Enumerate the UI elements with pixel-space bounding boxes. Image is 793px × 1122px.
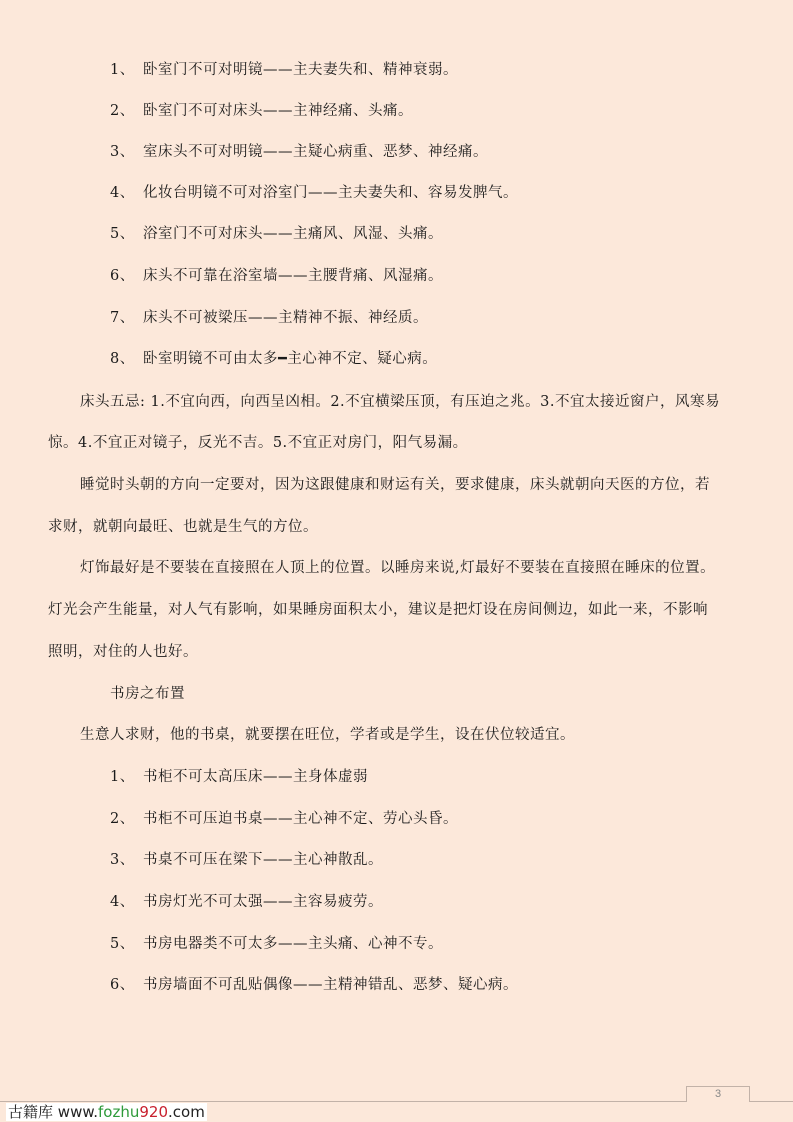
url-prefix: www.	[58, 1103, 98, 1121]
list-number: 4、	[110, 183, 143, 203]
list-number: 7、	[110, 308, 143, 328]
list-text: 卧室门不可对明镜——主夫妻失和、精神衰弱。	[143, 62, 458, 78]
list-item: 8、卧室明镜不可由太多━主心神不定、疑心病。	[110, 349, 437, 369]
list-item: 7、床头不可被梁压——主精神不振、神经质。	[110, 308, 428, 328]
paragraph-line: 惊。4.不宜正对镜子，反光不吉。5.不宜正对房门，阳气易漏。	[48, 433, 468, 453]
list-text: 室床头不可对明镜——主疑心病重、恶梦、神经痛。	[143, 144, 488, 160]
list-number: 5、	[110, 224, 143, 244]
page-number: 3	[686, 1086, 750, 1102]
list-text: 书柜不可压迫书桌——主心神不定、劳心头昏。	[143, 811, 458, 827]
list-number: 6、	[110, 975, 143, 995]
list-item: 3、书桌不可压在梁下——主心神散乱。	[110, 850, 383, 870]
watermark[interactable]: 古籍库 www.fozhu920.com	[6, 1103, 207, 1121]
list-text: 化妆台明镜不可对浴室门——主夫妻失和、容易发脾气。	[143, 185, 518, 201]
list-number: 2、	[110, 101, 143, 121]
section-intro: 生意人求财，他的书桌，就要摆在旺位，学者或是学生，设在伏位较适宜。	[80, 725, 575, 745]
list-item: 4、书房灯光不可太强——主容易疲劳。	[110, 892, 383, 912]
list-item: 2、书柜不可压迫书桌——主心神不定、劳心头昏。	[110, 809, 458, 829]
url-suffix: .com	[168, 1103, 205, 1121]
list-item: 5、浴室门不可对床头——主痛风、风湿、头痛。	[110, 224, 443, 244]
list-number: 4、	[110, 892, 143, 912]
paragraph-line: 睡觉时头朝的方向一定要对，因为这跟健康和财运有关，要求健康，床头就朝向天医的方位…	[80, 475, 710, 495]
list-text: 书桌不可压在梁下——主心神散乱。	[143, 852, 383, 868]
list-text: 书柜不可太高压床——主身体虚弱	[143, 769, 368, 785]
list-item: 1、书柜不可太高压床——主身体虚弱	[110, 767, 368, 787]
paragraph-line: 床头五忌: 1.不宜向西，向西呈凶相。2.不宜横梁压顶，有压迫之兆。3.不宜太接…	[80, 392, 720, 412]
list-item: 5、书房电器类不可太多——主头痛、心神不专。	[110, 934, 443, 954]
list-text: 床头不可靠在浴室墙——主腰背痛、风湿痛。	[143, 268, 443, 284]
section-heading: 书房之布置	[110, 684, 185, 704]
list-text: 书房电器类不可太多——主头痛、心神不专。	[143, 936, 443, 952]
list-number: 1、	[110, 767, 143, 787]
list-number: 3、	[110, 850, 143, 870]
list-number: 8、	[110, 349, 143, 369]
list-number: 5、	[110, 934, 143, 954]
list-text: 卧室明镜不可由太多━主心神不定、疑心病。	[143, 351, 437, 367]
list-item: 2、卧室门不可对床头——主神经痛、头痛。	[110, 101, 413, 121]
list-text: 床头不可被梁压——主精神不振、神经质。	[143, 310, 428, 326]
watermark-url[interactable]: www.fozhu920.com	[58, 1103, 205, 1121]
list-text: 浴室门不可对床头——主痛风、风湿、头痛。	[143, 226, 443, 242]
list-number: 6、	[110, 266, 143, 286]
paragraph-line: 照明，对住的人也好。	[48, 642, 198, 662]
list-text: 书房灯光不可太强——主容易疲劳。	[143, 894, 383, 910]
list-item: 6、书房墙面不可乱贴偶像——主精神错乱、恶梦、疑心病。	[110, 975, 518, 995]
list-item: 1、卧室门不可对明镜——主夫妻失和、精神衰弱。	[110, 60, 458, 80]
list-number: 3、	[110, 142, 143, 162]
footer-divider	[0, 1101, 793, 1102]
url-green-part: fozhu	[98, 1103, 139, 1121]
paragraph-line: 求财，就朝向最旺、也就是生气的方位。	[48, 517, 318, 537]
paragraph-line: 灯光会产生能量，对人气有影响，如果睡房面积太小，建议是把灯设在房间侧边，如此一来…	[48, 600, 708, 620]
paragraph-line: 灯饰最好是不要装在直接照在人顶上的位置。以睡房来说,灯最好不要装在直接照在睡床的…	[80, 558, 715, 578]
list-item: 4、化妆台明镜不可对浴室门——主夫妻失和、容易发脾气。	[110, 183, 518, 203]
list-number: 2、	[110, 809, 143, 829]
list-number: 1、	[110, 60, 143, 80]
list-item: 3、室床头不可对明镜——主疑心病重、恶梦、神经痛。	[110, 142, 488, 162]
list-text: 卧室门不可对床头——主神经痛、头痛。	[143, 103, 413, 119]
list-text: 书房墙面不可乱贴偶像——主精神错乱、恶梦、疑心病。	[143, 977, 518, 993]
url-red-part: 920	[139, 1103, 168, 1121]
list-item: 6、床头不可靠在浴室墙——主腰背痛、风湿痛。	[110, 266, 443, 286]
watermark-site-name: 古籍库	[8, 1103, 53, 1121]
